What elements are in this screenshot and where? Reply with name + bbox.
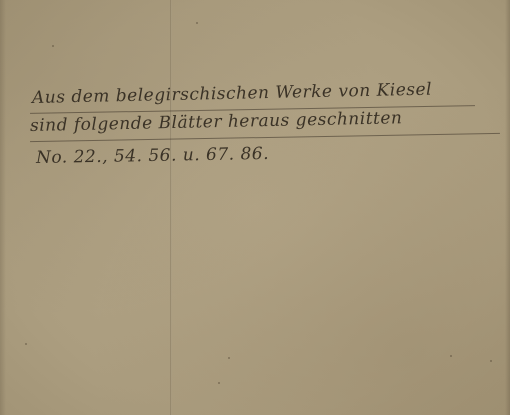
fold-crease xyxy=(170,0,172,415)
paper-speck xyxy=(228,357,230,359)
document-page: Aus dem belegirschischen Werke von Kiese… xyxy=(0,0,510,415)
handwritten-line-3: No. 22., 54. 56. u. 67. 86. xyxy=(36,144,269,168)
paper-speck xyxy=(25,343,27,345)
paper-speck xyxy=(196,22,198,24)
paper-speck xyxy=(490,360,492,362)
page-edge-left xyxy=(0,0,6,415)
paper-speck xyxy=(52,45,54,47)
paper-speck xyxy=(450,355,452,357)
handwritten-line-1: Aus dem belegirschischen Werke von Kiese… xyxy=(32,80,432,108)
page-edge-right xyxy=(505,0,510,415)
paper-speck xyxy=(218,382,220,384)
